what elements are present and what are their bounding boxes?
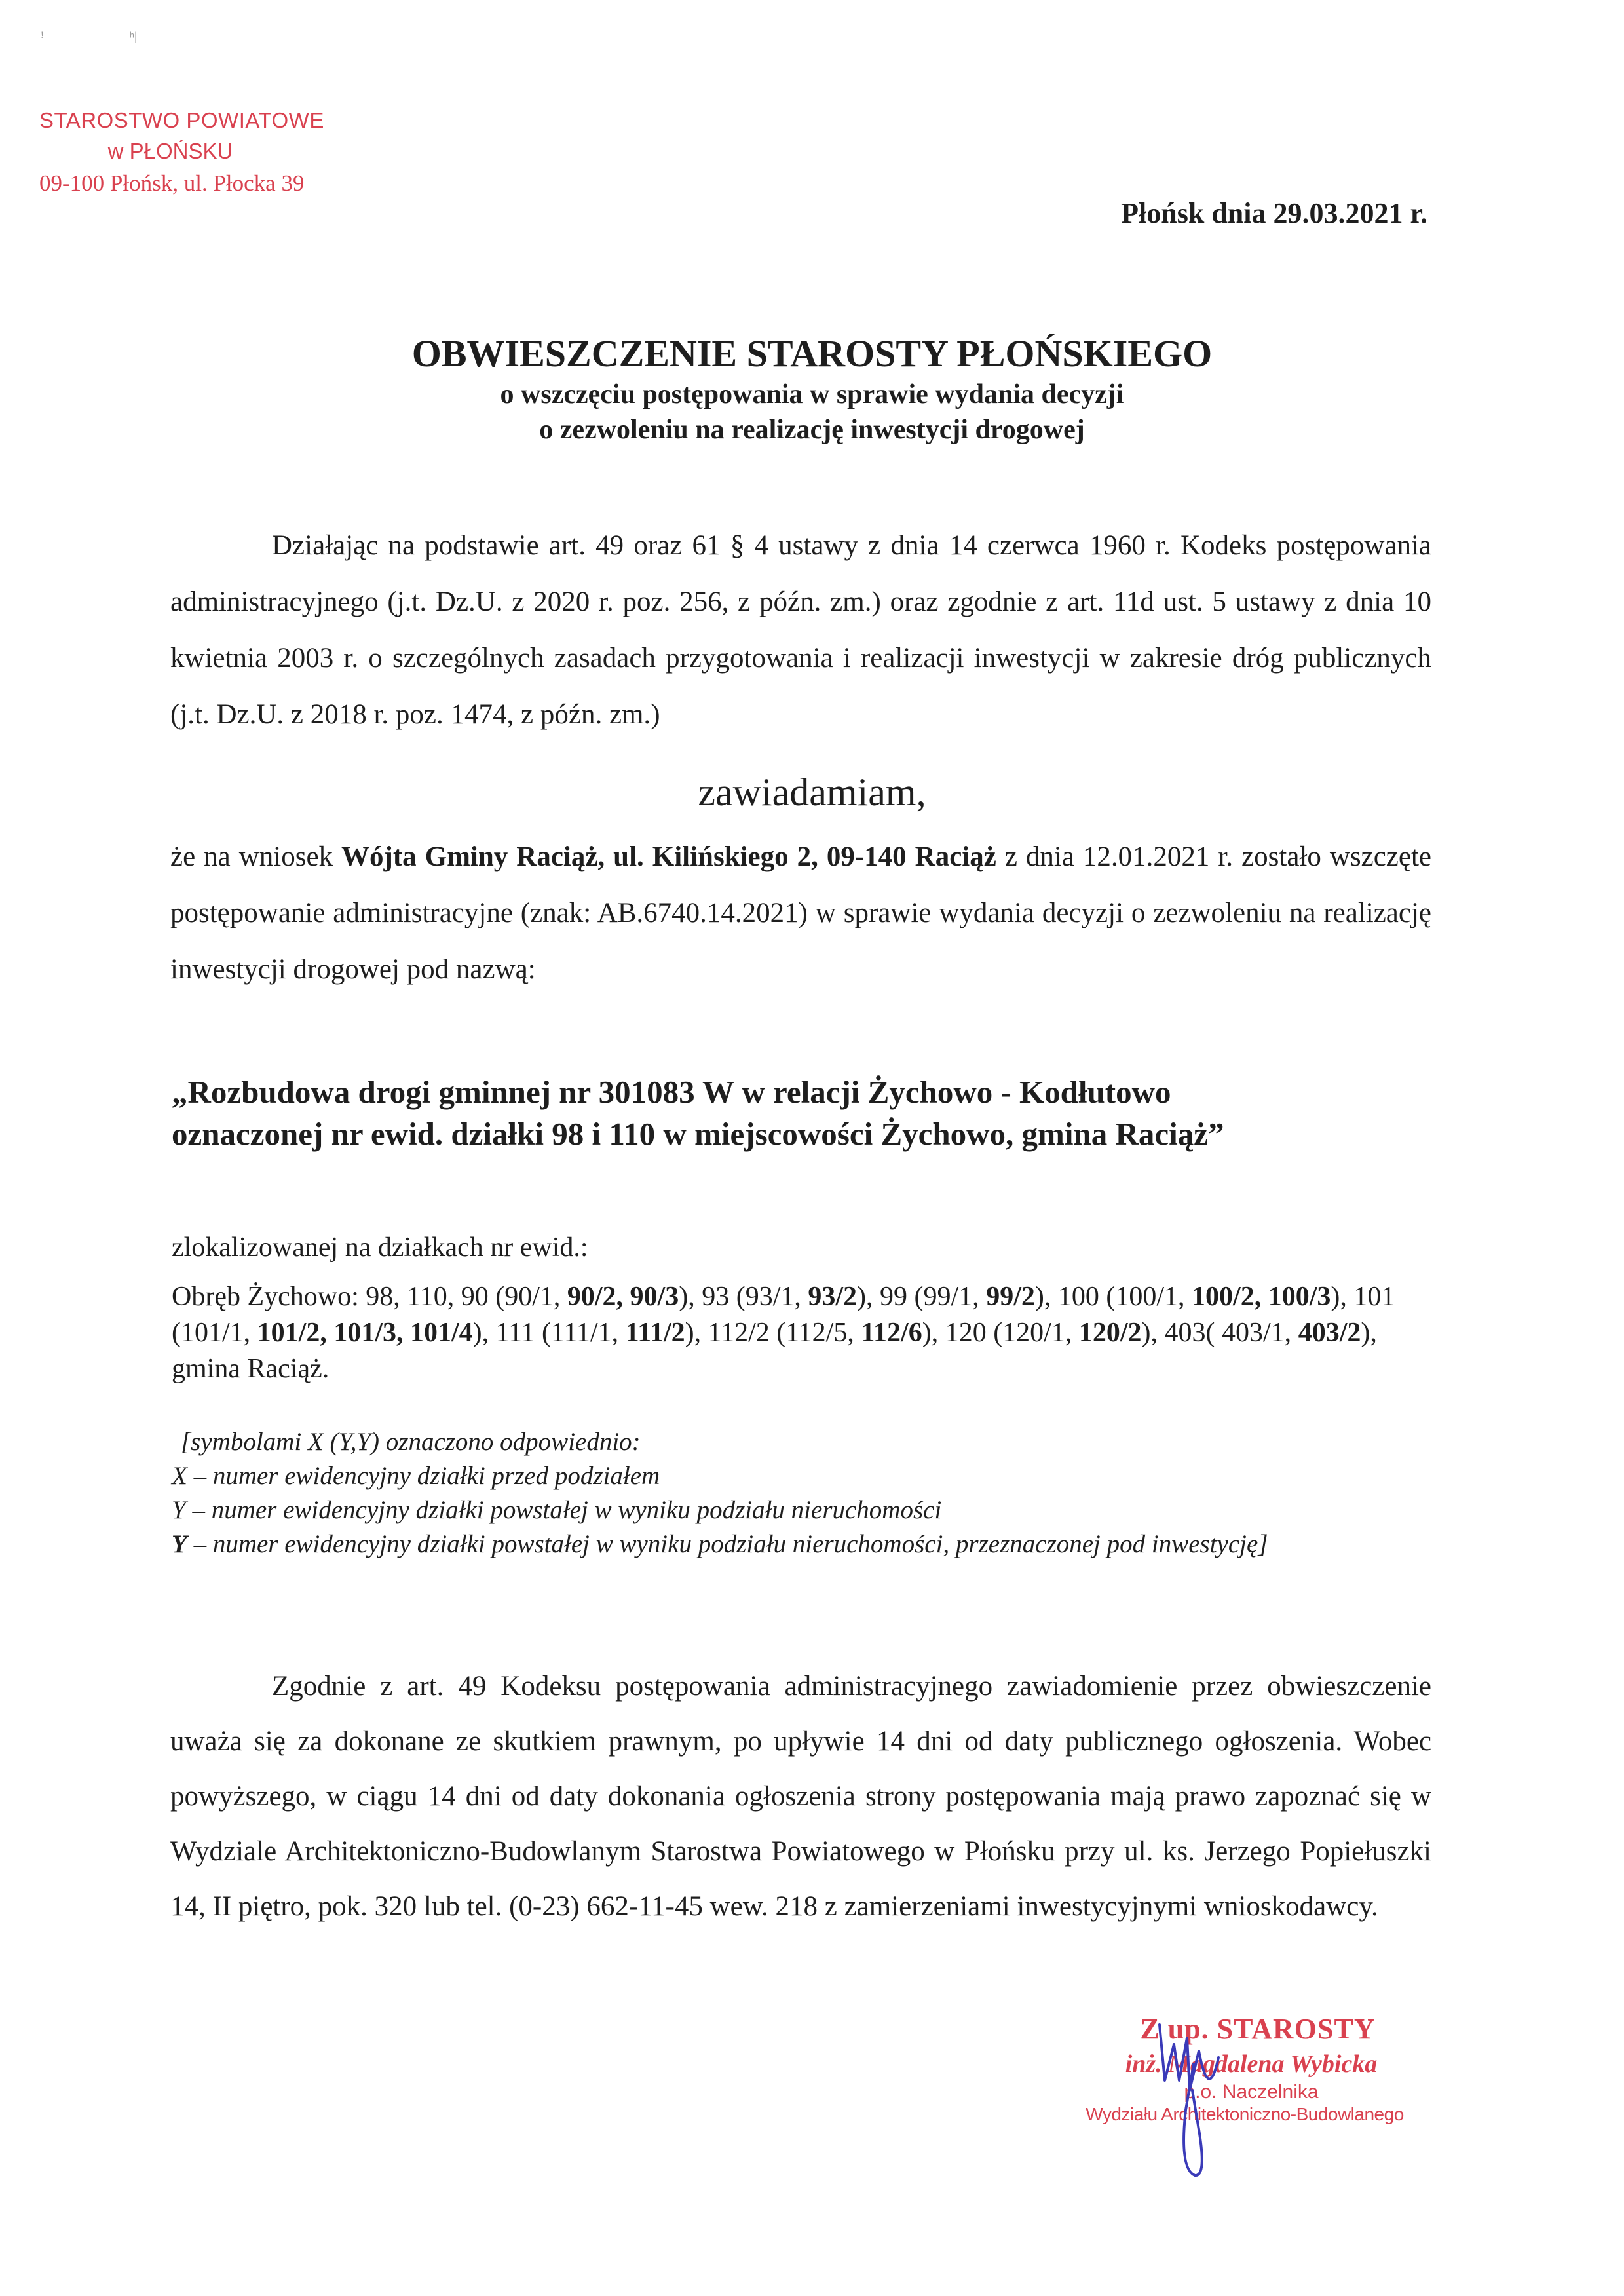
- legend-item: Y – numer ewidencyjny działki powstałej …: [172, 1493, 1433, 1527]
- plot-number-investment: 99/2: [986, 1282, 1035, 1312]
- scan-artifact: ʰ|: [130, 30, 138, 44]
- stamp-office-city: w PŁOŃSKU: [85, 136, 255, 166]
- legend-description: – numer ewidencyjny działki powstałej w …: [186, 1496, 942, 1524]
- plot-number-investment: 93/2: [808, 1282, 857, 1312]
- plot-number: ), 112/2 (112/5,: [685, 1318, 861, 1348]
- legend-symbol: Y: [172, 1530, 187, 1558]
- final-paragraph: Zgodnie z art. 49 Kodeksu postępowania a…: [170, 1659, 1431, 1934]
- notice-prefix: że na wniosek: [170, 841, 341, 872]
- plot-district: Obręb Żychowo:: [172, 1282, 359, 1312]
- legend-intro: [symbolami X (Y,Y) oznaczono odpowiednio…: [172, 1425, 1433, 1459]
- plot-number: ), 111 (111/1,: [473, 1318, 626, 1348]
- legend-symbol: Y: [172, 1496, 186, 1524]
- document-title: OBWIESZCZENIE STAROSTY PŁOŃSKIEGO: [0, 331, 1624, 377]
- plot-number-investment: 120/2: [1079, 1318, 1142, 1348]
- stamp-office-address: 09-100 Płońsk, ul. Płocka 39: [39, 166, 255, 201]
- symbol-legend: [symbolami X (Y,Y) oznaczono odpowiednio…: [172, 1425, 1433, 1561]
- legend-description: – numer ewidencyjny działki powstałej w …: [187, 1530, 1268, 1558]
- legend-symbol: X: [172, 1462, 187, 1490]
- stamp-office-name: STAROSTWO POWIATOWE: [39, 105, 255, 136]
- legend-item: Y – numer ewidencyjny działki powstałej …: [172, 1527, 1433, 1561]
- document-subtitle-1: o wszczęciu postępowania w sprawie wydan…: [0, 377, 1624, 412]
- plot-number-investment: 403/2: [1298, 1318, 1361, 1348]
- legal-basis-paragraph: Działając na podstawie art. 49 oraz 61 §…: [170, 518, 1431, 743]
- scan-artifact: ꜝ: [41, 33, 44, 47]
- plot-number-investment: 101/2, 101/3, 101/4: [257, 1318, 473, 1348]
- project-title-line-1: „Rozbudowa drogi gminnej nr 301083 W w r…: [172, 1071, 1416, 1113]
- signature-authority: Z up. STAROSTY: [1074, 2012, 1441, 2047]
- plot-number: ), 93 (93/1,: [679, 1282, 808, 1312]
- plot-number-investment: 100/2, 100/3: [1192, 1282, 1331, 1312]
- handwritten-signature-icon: [1146, 2018, 1251, 2189]
- plot-number-investment: 111/2: [626, 1318, 685, 1348]
- applicant-name: Wójta Gminy Raciąż, ul. Kilińskiego 2, 0…: [341, 841, 996, 872]
- document-title-block: OBWIESZCZENIE STAROSTY PŁOŃSKIEGO o wszc…: [0, 331, 1624, 448]
- legend-item: X – numer ewidencyjny działki przed podz…: [172, 1459, 1433, 1493]
- plot-list: Obręb Żychowo: 98, 110, 90 (90/1, 90/2, …: [172, 1279, 1433, 1387]
- legend-description: – numer ewidencyjny działki przed podzia…: [187, 1462, 660, 1490]
- notice-paragraph: że na wniosek Wójta Gminy Raciąż, ul. Ki…: [170, 829, 1431, 998]
- announcement-heading: zawiadamiam,: [0, 770, 1624, 815]
- plot-number: ), 99 (99/1,: [857, 1282, 986, 1312]
- plot-number: ), 100 (100/1,: [1035, 1282, 1192, 1312]
- plot-number-investment: 90/2, 90/3: [567, 1282, 679, 1312]
- project-title: „Rozbudowa drogi gminnej nr 301083 W w r…: [172, 1071, 1416, 1155]
- signatory-name: inż. Magdalena Wybicka: [1061, 2047, 1441, 2081]
- signatory-role: p.o. Naczelnika: [1061, 2081, 1441, 2103]
- plot-number-investment: 112/6: [861, 1318, 922, 1348]
- document-date: Płońsk dnia 29.03.2021 r.: [1121, 197, 1427, 230]
- plot-number: ), 120 (120/1,: [922, 1318, 1079, 1348]
- plot-number: ), 403( 403/1,: [1142, 1318, 1298, 1348]
- office-stamp: STAROSTWO POWIATOWE w PŁOŃSKU 09-100 Pło…: [39, 105, 255, 201]
- plot-number: 98, 110, 90 (90/1,: [366, 1282, 567, 1312]
- project-title-line-2: oznaczonej nr ewid. działki 98 i 110 w m…: [172, 1113, 1416, 1155]
- located-label: zlokalizowanej na działkach nr ewid.:: [172, 1232, 588, 1263]
- document-subtitle-2: o zezwoleniu na realizację inwestycji dr…: [0, 412, 1624, 448]
